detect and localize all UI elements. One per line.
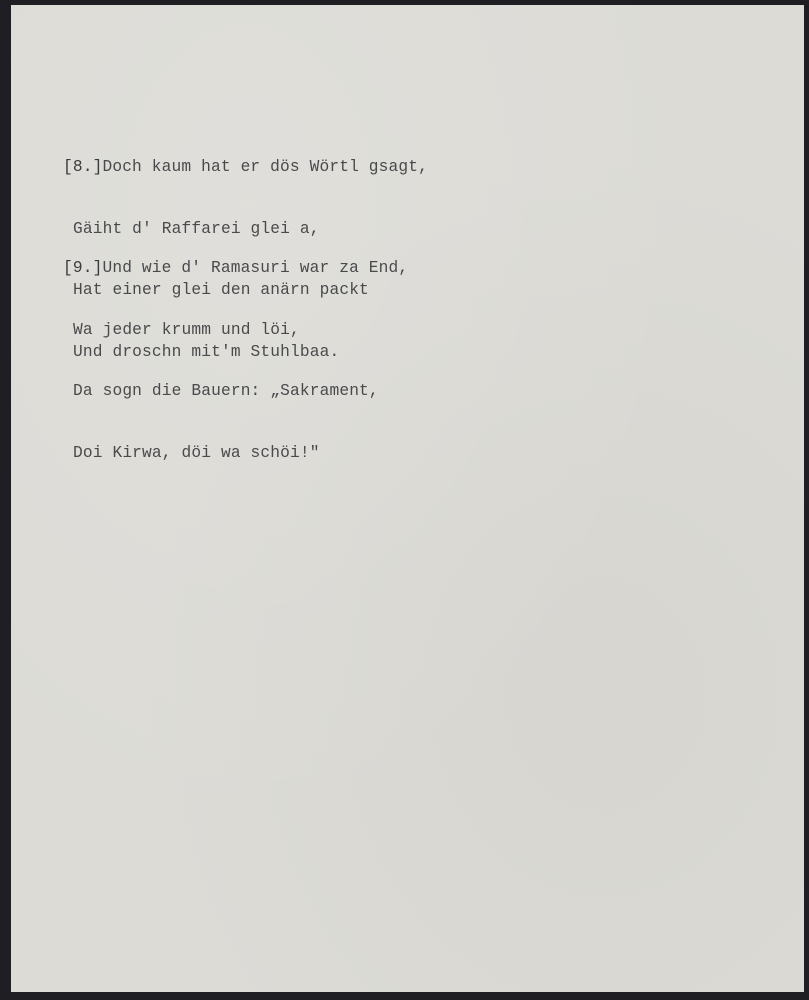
stanza-9: [9.]Und wie d' Ramasuri war za End, Wa j…: [63, 217, 408, 504]
stanza-number: [9.]: [63, 259, 102, 277]
stanza-line: [8.]Doch kaum hat er dös Wörtl gsagt,: [63, 157, 428, 178]
stanza-line: [9.]Und wie d' Ramasuri war za End,: [63, 258, 408, 279]
typewritten-page: [8.]Doch kaum hat er dös Wörtl gsagt, Gä…: [11, 5, 804, 992]
stanza-line: Doi Kirwa, döi wa schöi!": [63, 443, 408, 464]
stanza-line: Wa jeder krumm und löi,: [63, 320, 408, 341]
stanza-line: Da sogn die Bauern: „Sakrament,: [63, 381, 408, 402]
stanza-number: [8.]: [63, 158, 102, 176]
